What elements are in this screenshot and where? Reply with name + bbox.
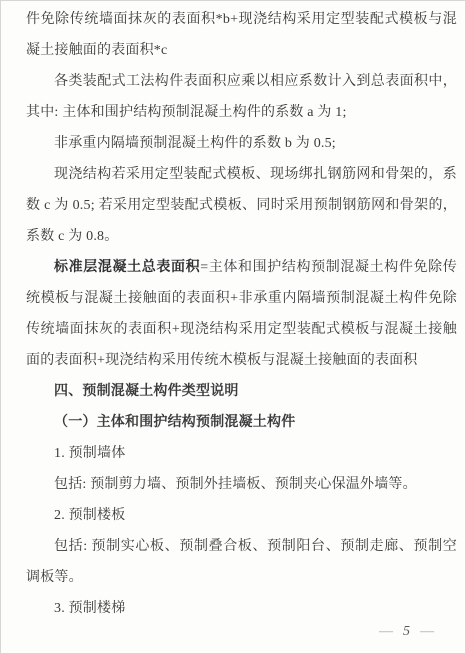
page-footer: —5— [0, 622, 466, 642]
paragraph-coefficient-c: 现浇结构若采用定型装配式模板、现场绑扎钢筋网和骨架的，系数 c 为 0.5; 若… [26, 159, 457, 252]
page-number-dash-left: — [379, 624, 393, 639]
list-item-1-description: 包括: 预制剪力墙、预制外挂墙板、预制夹心保温外墙等。 [26, 469, 457, 500]
list-item-1-title: 1. 预制墙体 [26, 438, 457, 469]
formula-definition: =主体和围护结构预制混凝土构件免除传统模板与混凝土接触面的表面积+非承重内隔墙预… [26, 260, 457, 368]
section-heading-four: 四、预制混凝土构件类型说明 [26, 376, 457, 407]
paragraph-formula: 标准层混凝土总表面积=主体和围护结构预制混凝土构件免除传统模板与混凝土接触面的表… [26, 252, 457, 376]
document-page: 件免除传统墙面抹灰的表面积*b+现浇结构采用定型装配式模板与混凝土接触面的表面积… [0, 0, 466, 654]
formula-lead-term: 标准层混凝土总表面积 [54, 260, 200, 275]
paragraph-coefficient-intro: 各类装配式工法构件表面积应乘以相应系数计入到总表面积中，其中: 主体和围护结构预… [26, 66, 457, 128]
paragraph-coefficient-b: 非承重内隔墙预制混凝土构件的系数 b 为 0.5; [26, 128, 457, 159]
page-number: 5 [403, 624, 410, 639]
list-item-2-title: 2. 预制楼板 [26, 500, 457, 531]
paragraph-continuation: 件免除传统墙面抹灰的表面积*b+现浇结构采用定型装配式模板与混凝土接触面的表面积… [26, 4, 457, 66]
list-item-2-description: 包括: 预制实心板、预制叠合板、预制阳台、预制走廊、预制空调板等。 [26, 531, 457, 593]
list-item-3-title: 3. 预制楼梯 [26, 593, 457, 624]
subsection-heading-one: （一）主体和围护结构预制混凝土构件 [26, 407, 457, 438]
document-body: 件免除传统墙面抹灰的表面积*b+现浇结构采用定型装配式模板与混凝土接触面的表面积… [0, 0, 466, 624]
page-number-dash-right: — [420, 624, 434, 639]
